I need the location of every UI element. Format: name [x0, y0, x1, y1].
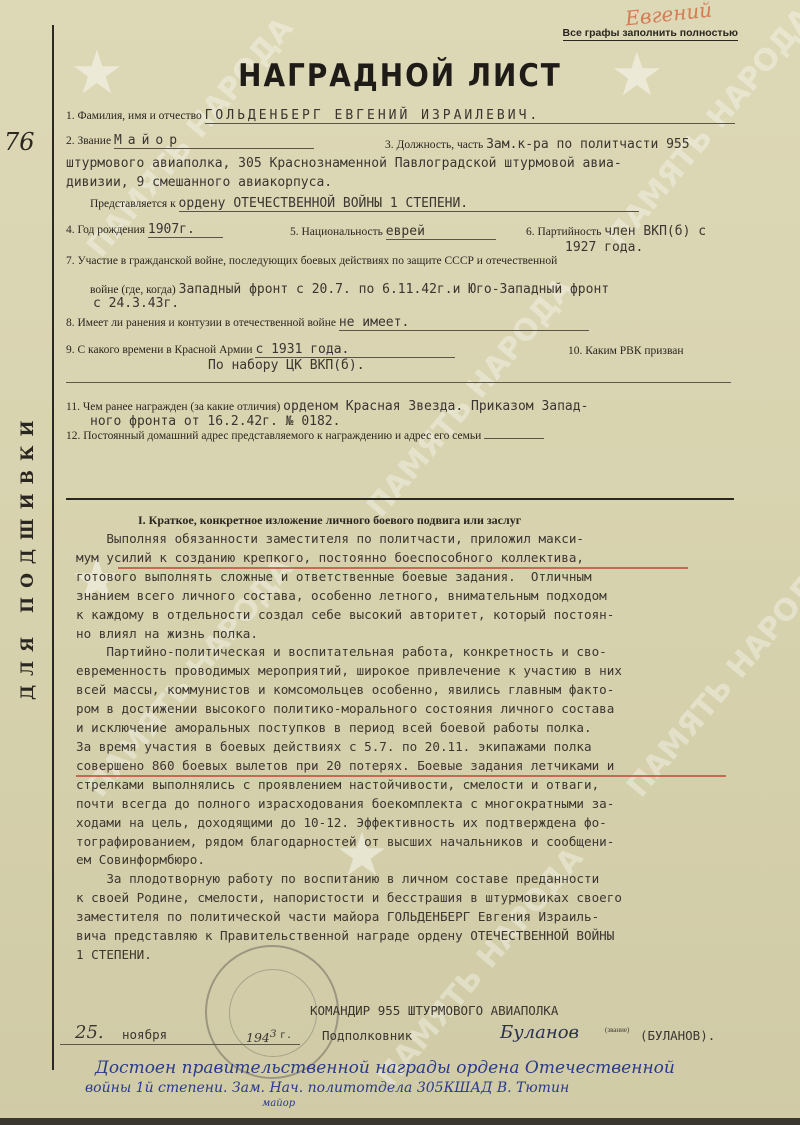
merit-line: заместителя по политической части майора…	[76, 908, 796, 927]
field-label: 8. Имеет ли ранения и контузии в отечест…	[66, 317, 336, 329]
merit-line: знанием всего личного состава, особенно …	[76, 587, 796, 606]
merit-line: но влиял на жизнь полка.	[76, 625, 796, 644]
blank-line	[66, 382, 731, 383]
field-combat-cont: с 24.3.43г.	[93, 296, 179, 311]
field-address: 12. Постоянный домашний адрес представля…	[66, 430, 544, 442]
field-value: с 1931 года.	[255, 342, 455, 358]
date-month: ноября	[122, 1027, 167, 1042]
field-rvk-label: 10. Каким РВК призван	[568, 345, 684, 357]
section-divider	[66, 498, 734, 500]
date-year-end: г.	[280, 1030, 292, 1041]
field-label: войне (где, когда)	[90, 284, 176, 296]
field-value: орденом Красная Звезда. Приказом Запад-	[283, 399, 588, 414]
date-line	[60, 1044, 300, 1045]
field-combat: войне (где, когда) Западный фронт с 20.7…	[90, 282, 609, 297]
field-label: 1. Фамилия, имя и отчество	[66, 110, 202, 122]
red-underline	[76, 775, 726, 777]
field-label: Представляется к	[90, 198, 176, 210]
award-sheet-page: ПАМЯТЬ НАРОДА ПАМЯТЬ НАРОДА ПАМЯТЬ НАРОД…	[0, 0, 800, 1125]
field-party: 6. Партийность член ВКП(б) с	[526, 224, 706, 239]
date-year: 1943	[246, 1028, 276, 1045]
field-value: Зам.к-ра по политчасти 955	[486, 137, 690, 152]
field-label: 3. Должность, часть	[385, 139, 483, 151]
scan-edge	[0, 1118, 800, 1125]
merit-line: и исключение аморальных поступков в пери…	[76, 719, 796, 738]
merit-line: евременность проводимых мероприятий, шир…	[76, 662, 796, 681]
field-wounds: 8. Имеет ли ранения и контузии в отечест…	[66, 315, 589, 331]
field-prior-awards: 11. Чем ранее награжден (за какие отличи…	[66, 399, 588, 414]
field-nationality: 5. Национальность еврей	[290, 224, 496, 240]
merit-line: всей массы, коммунистов и комсомольцев о…	[76, 681, 796, 700]
field-label: 11. Чем ранее награжден (за какие отличи…	[66, 401, 280, 413]
field-name: 1. Фамилия, имя и отчество ГОЛЬДЕНБЕРГ Е…	[66, 108, 735, 124]
side-label: ДЛЯ ПОДШИВКИ	[18, 411, 38, 700]
field-label: 6. Партийность	[526, 226, 601, 238]
field-position: 3. Должность, часть Зам.к-ра по политчас…	[385, 137, 690, 152]
merit-line: к каждому в отдельности создал себе высо…	[76, 606, 796, 625]
field-rvk-value: По набору ЦК ВКП(б).	[208, 358, 365, 373]
field-label: 12. Постоянный домашний адрес представля…	[66, 430, 481, 442]
field-combat-label: 7. Участие в гражданской войне, последую…	[66, 255, 557, 267]
commander-position: КОМАНДИР 955 ШТУРМОВОГО АВИАПОЛКА	[310, 1003, 558, 1018]
field-prior-awards-cont: ного фронта от 16.2.42г. № 0182.	[90, 414, 340, 429]
merit-line: вича представляю к Правительственной наг…	[76, 927, 796, 946]
merit-line: Партийно-политическая и воспитательная р…	[76, 643, 796, 662]
section-heading: I. Краткое, конкретное изложение личного…	[138, 513, 521, 528]
binding-margin-line	[52, 25, 54, 1070]
merit-line: мум усилий к созданию крепкого, постоянн…	[76, 549, 796, 568]
field-label: 4. Год рождения	[66, 224, 145, 236]
field-label: 9. С какого времени в Красной Армии	[66, 344, 253, 356]
field-value	[484, 438, 544, 439]
merit-line: готового выполнять сложные и ответственн…	[76, 568, 796, 587]
resolution-line-2: войны 1й степени. Зам. Нач. политотдела …	[85, 1080, 569, 1096]
rank-hint: (звание)	[605, 1026, 629, 1034]
merit-line: стрелками выполнялись с проявлением наст…	[76, 776, 796, 795]
merit-line: ходами на цель, доходящими до 10-12. Эфф…	[76, 814, 796, 833]
fill-all-notice: Все графы заполнить полностью	[563, 27, 738, 41]
field-value: Майор	[114, 133, 314, 149]
field-label: 5. Национальность	[290, 226, 383, 238]
merit-description: Выполняя обязанности заместителя по поли…	[76, 530, 796, 965]
merit-line: совершено 860 боевых вылетов при 20 поте…	[76, 757, 796, 776]
field-value: ордену ОТЕЧЕСТВЕННОЙ ВОЙНЫ 1 СТЕПЕНИ.	[179, 196, 639, 212]
merit-line: 1 СТЕПЕНИ.	[76, 946, 796, 965]
field-label: 2. Звание	[66, 135, 111, 147]
commander-signature: Буланов	[500, 1022, 579, 1043]
merit-line: почти всегда до полного израсходования б…	[76, 795, 796, 814]
merit-line: тографированием, рядом благодарностей от…	[76, 833, 796, 852]
field-nominated: Представляется к ордену ОТЕЧЕСТВЕННОЙ ВО…	[90, 196, 639, 212]
field-position-cont: штурмового авиаполка, 305 Краснознаменно…	[66, 156, 622, 171]
field-value: член ВКП(б) с	[604, 224, 706, 239]
field-value: еврей	[386, 224, 496, 240]
red-handwritten-note: Евгений	[624, 0, 713, 30]
field-rank: 2. Звание Майор	[66, 133, 314, 149]
field-birth-year: 4. Год рождения 1907г.	[66, 222, 223, 238]
resolution-line-1: Достоен правительственной награды ордена…	[95, 1058, 675, 1078]
field-value: не имеет.	[339, 315, 589, 331]
merit-line: ем Совинформбюро.	[76, 851, 796, 870]
watermark: ПАМЯТЬ НАРОДА	[360, 271, 580, 524]
field-value: 1907г.	[148, 222, 223, 238]
merit-line: За время участия в боевых действиях с 5.…	[76, 738, 796, 757]
year-prefix: 194	[246, 1030, 270, 1045]
resolution-line-3: майор	[262, 1098, 295, 1109]
merit-line: ром в достижении высокого политико-морал…	[76, 700, 796, 719]
date-day: 25.	[75, 1022, 104, 1043]
red-underline	[118, 567, 688, 569]
field-party-cont: 1927 года.	[565, 240, 643, 255]
commander-rank: Подполковник	[322, 1028, 412, 1043]
margin-note: 76	[4, 128, 35, 156]
field-position-cont: дивизии, 9 смешанного авиакорпуса.	[66, 175, 332, 190]
merit-line: к своей Родине, смелости, напористости и…	[76, 889, 796, 908]
commander-name: (БУЛАНОВ).	[640, 1028, 715, 1043]
merit-line: За плодотворную работу по воспитанию в л…	[76, 870, 796, 889]
field-value: ГОЛЬДЕНБЕРГ ЕВГЕНИЙ ИЗРАИЛЕВИЧ.	[205, 108, 735, 124]
merit-line: Выполняя обязанности заместителя по поли…	[76, 530, 796, 549]
field-value: Западный фронт с 20.7. по 6.11.42г.и Юго…	[179, 282, 609, 297]
page-title: НАГРАДНОЙ ЛИСТ	[0, 58, 800, 94]
field-army-since: 9. С какого времени в Красной Армии с 19…	[66, 342, 455, 358]
year-suffix: 3	[270, 1028, 277, 1040]
